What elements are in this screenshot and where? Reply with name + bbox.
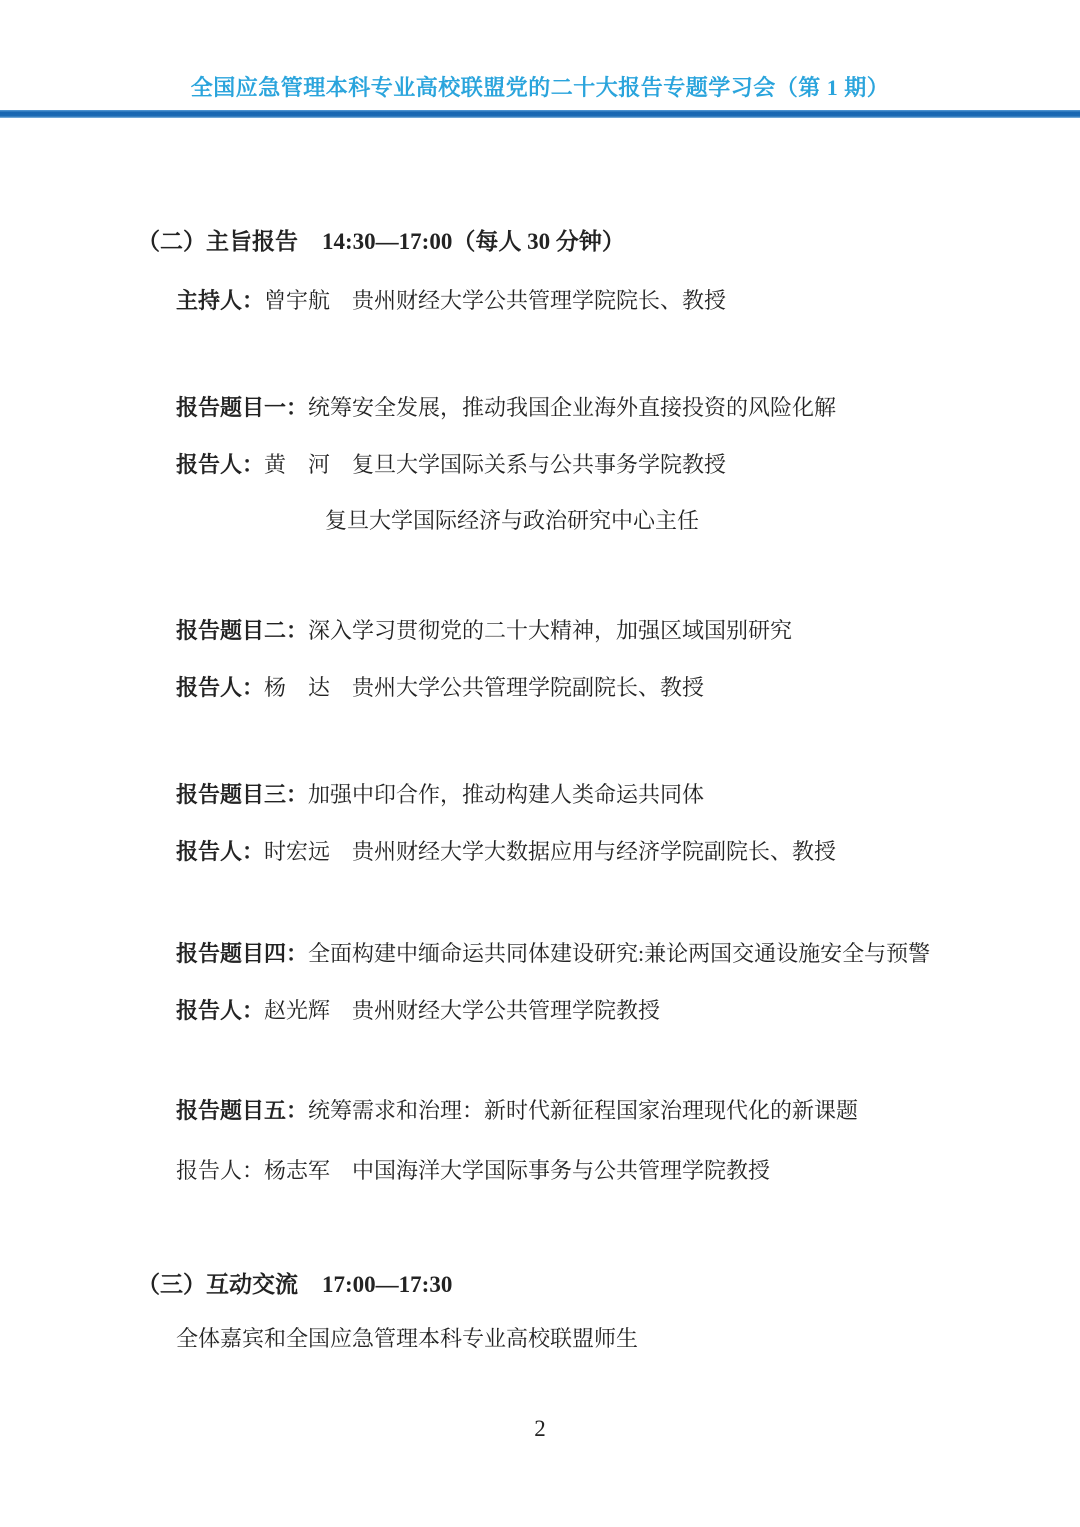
report-speaker-line: 报告人：时宏远 贵州财经大学大数据应用与经济学院副院长、教授 [176, 839, 836, 864]
report-speaker-line: 报告人：杨 达 贵州大学公共管理学院副院长、教授 [176, 675, 704, 700]
section-heading-label: （三）互动交流 [137, 1272, 298, 1297]
report-title-line: 报告题目五：统筹需求和治理：新时代新征程国家治理现代化的新课题 [176, 1098, 858, 1123]
host-label: 主持人： [176, 288, 264, 313]
report-speaker-label: 报告人： [176, 452, 264, 477]
section-heading-label: （二）主旨报告 [137, 229, 298, 254]
report-speaker-line: 报告人：杨志军 中国海洋大学国际事务与公共管理学院教授 [176, 1158, 770, 1183]
report-title-line: 报告题目二：深入学习贯彻党的二十大精神，加强区域国别研究 [176, 618, 792, 643]
report-speaker: 黄 河 复旦大学国际关系与公共事务学院教授 [264, 452, 726, 477]
report-speaker-line: 报告人：赵光辉 贵州财经大学公共管理学院教授 [176, 998, 660, 1023]
report-title: 统筹需求和治理：新时代新征程国家治理现代化的新课题 [308, 1098, 858, 1123]
section-heading-discussion: （三）互动交流17:00—17:30 [137, 1272, 452, 1298]
report-speaker-label: 报告人： [176, 998, 264, 1023]
section-heading-keynote: （二）主旨报告14:30—17:00（每人 30 分钟） [137, 229, 625, 255]
page-number: 2 [0, 1416, 1080, 1442]
report-title-label: 报告题目一： [176, 395, 308, 420]
report-title: 深入学习贯彻党的二十大精神，加强区域国别研究 [308, 618, 792, 643]
report-speaker: 杨志军 中国海洋大学国际事务与公共管理学院教授 [264, 1158, 770, 1183]
section-heading-time: 17:00—17:30 [322, 1272, 452, 1297]
report-title: 全面构建中缅命运共同体建设研究:兼论两国交通设施安全与预警 [308, 941, 930, 966]
report-speaker: 时宏远 贵州财经大学大数据应用与经济学院副院长、教授 [264, 839, 836, 864]
report-title-line: 报告题目四：全面构建中缅命运共同体建设研究:兼论两国交通设施安全与预警 [176, 941, 930, 966]
page-header-title: 全国应急管理本科专业高校联盟党的二十大报告专题学习会（第 1 期） [0, 76, 1080, 100]
report-speaker-extra-line: 复旦大学国际经济与政治研究中心主任 [325, 508, 699, 533]
report-speaker-label: 报告人： [176, 839, 264, 864]
report-title-label: 报告题目二： [176, 618, 308, 643]
report-speaker-label: 报告人： [176, 675, 264, 700]
report-title-label: 报告题目四： [176, 941, 308, 966]
report-title-line: 报告题目三：加强中印合作，推动构建人类命运共同体 [176, 782, 704, 807]
report-speaker: 杨 达 贵州大学公共管理学院副院长、教授 [264, 675, 704, 700]
header-rule-divider [0, 110, 1080, 118]
host-line: 主持人：曾宇航 贵州财经大学公共管理学院院长、教授 [176, 288, 726, 313]
report-speaker: 赵光辉 贵州财经大学公共管理学院教授 [264, 998, 660, 1023]
report-title: 加强中印合作，推动构建人类命运共同体 [308, 782, 704, 807]
host-value: 曾宇航 贵州财经大学公共管理学院院长、教授 [264, 288, 726, 313]
report-title: 统筹安全发展，推动我国企业海外直接投资的风险化解 [308, 395, 836, 420]
report-title-line: 报告题目一：统筹安全发展，推动我国企业海外直接投资的风险化解 [176, 395, 836, 420]
participants-line: 全体嘉宾和全国应急管理本科专业高校联盟师生 [176, 1326, 638, 1351]
report-title-label: 报告题目三： [176, 782, 308, 807]
document-page: 全国应急管理本科专业高校联盟党的二十大报告专题学习会（第 1 期） （二）主旨报… [0, 0, 1080, 1527]
report-speaker-line: 报告人：黄 河 复旦大学国际关系与公共事务学院教授 [176, 452, 726, 477]
report-title-label: 报告题目五： [176, 1098, 308, 1123]
section-heading-time: 14:30—17:00（每人 30 分钟） [322, 229, 625, 254]
report-speaker-label: 报告人： [176, 1158, 264, 1183]
